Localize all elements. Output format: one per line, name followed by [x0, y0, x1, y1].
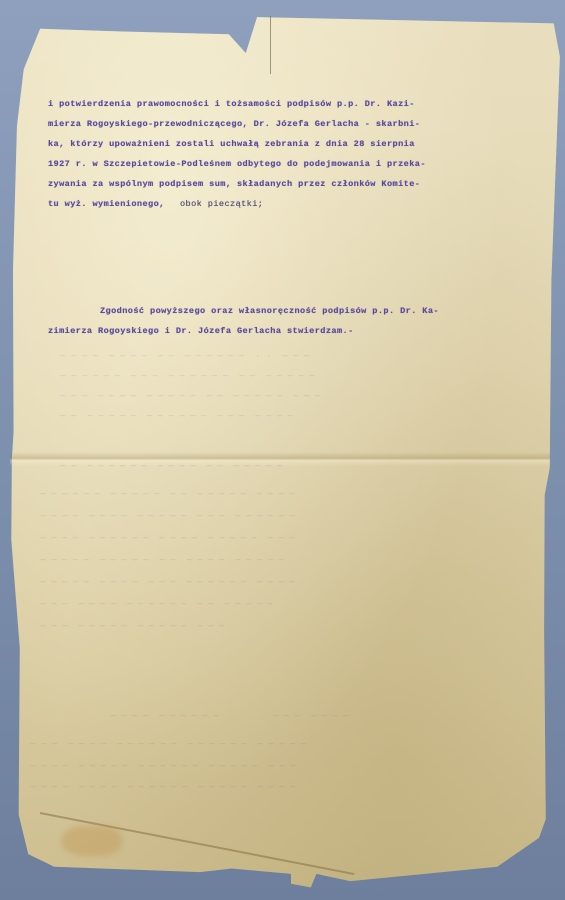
ghost-line: — — — — — — — — — — — — — — — — — — — — …: [40, 578, 294, 587]
paragraph-1-line-6-text: tu wyż. wymienionego,: [48, 199, 165, 209]
ghost-line: — — — — — — — — — — — — — — — — — — — —: [40, 600, 273, 609]
handwritten-insert: obok pieczątki;: [180, 199, 263, 209]
ghost-line: — — — — — — — — — — — — — — — — — — — — …: [30, 762, 295, 771]
paper-stain: [62, 826, 122, 856]
paragraph-1-line-4: 1927 r. w Szczepietowie-Podleśnem odbyte…: [48, 159, 426, 169]
ghost-line: — — — — — — — — — — — — — — — — — — — — …: [40, 534, 294, 543]
ghost-line: — — — — — — — — — — — — — — — — — — —: [60, 462, 282, 471]
ghost-line: — — — — — — — — — — — — — — — — — — — — …: [30, 783, 295, 792]
paper-tear: [270, 16, 271, 74]
paragraph-1-line-2: mierza Rogoyskiego-przewodniczącego, Dr.…: [48, 119, 420, 129]
ghost-line: — — — · · — — — — — — — — — — — — — — — …: [60, 352, 309, 361]
ghost-line: — — — — — — — — — — — — — — — — — — — — …: [30, 740, 306, 749]
ghost-line: — — — — — — — — — — — — — — — — — — — — …: [40, 556, 284, 565]
ghost-line: — — — — — — — — — — — — — — — — — — — — …: [40, 490, 294, 499]
paragraph-1-line-1: i potwierdzenia prawomocności i tożsamoś…: [48, 99, 415, 109]
paragraph-2-line-1: Zgodność powyższego oraz własnoręczność …: [100, 306, 439, 316]
paragraph-1-line-5: zywania za wspólnym podpisem sum, składa…: [48, 179, 420, 189]
ghost-line: — — — — — — — — — — — — — — — — — — — —: [60, 412, 293, 421]
ghost-line: — — — — — — — — — — — — — — — —: [40, 622, 224, 631]
paragraph-1-line-3: ka, którzy upoważnieni zostali uchwałą z…: [48, 139, 415, 149]
ghost-line: — — — — — — — — — — — — — — — — — — — — …: [60, 372, 314, 381]
ghost-line: — — — — — — — — — — — — — — — — — — — — …: [60, 392, 320, 401]
paragraph-2-line-2: zimierza Rogoyskiego i Dr. Józefa Gerlac…: [48, 326, 354, 336]
ghost-line: — — — — — — — — — — — — — — — — —: [110, 712, 348, 721]
ghost-line: — — — — — — — — — — — — — — — — — — — — …: [40, 512, 294, 521]
